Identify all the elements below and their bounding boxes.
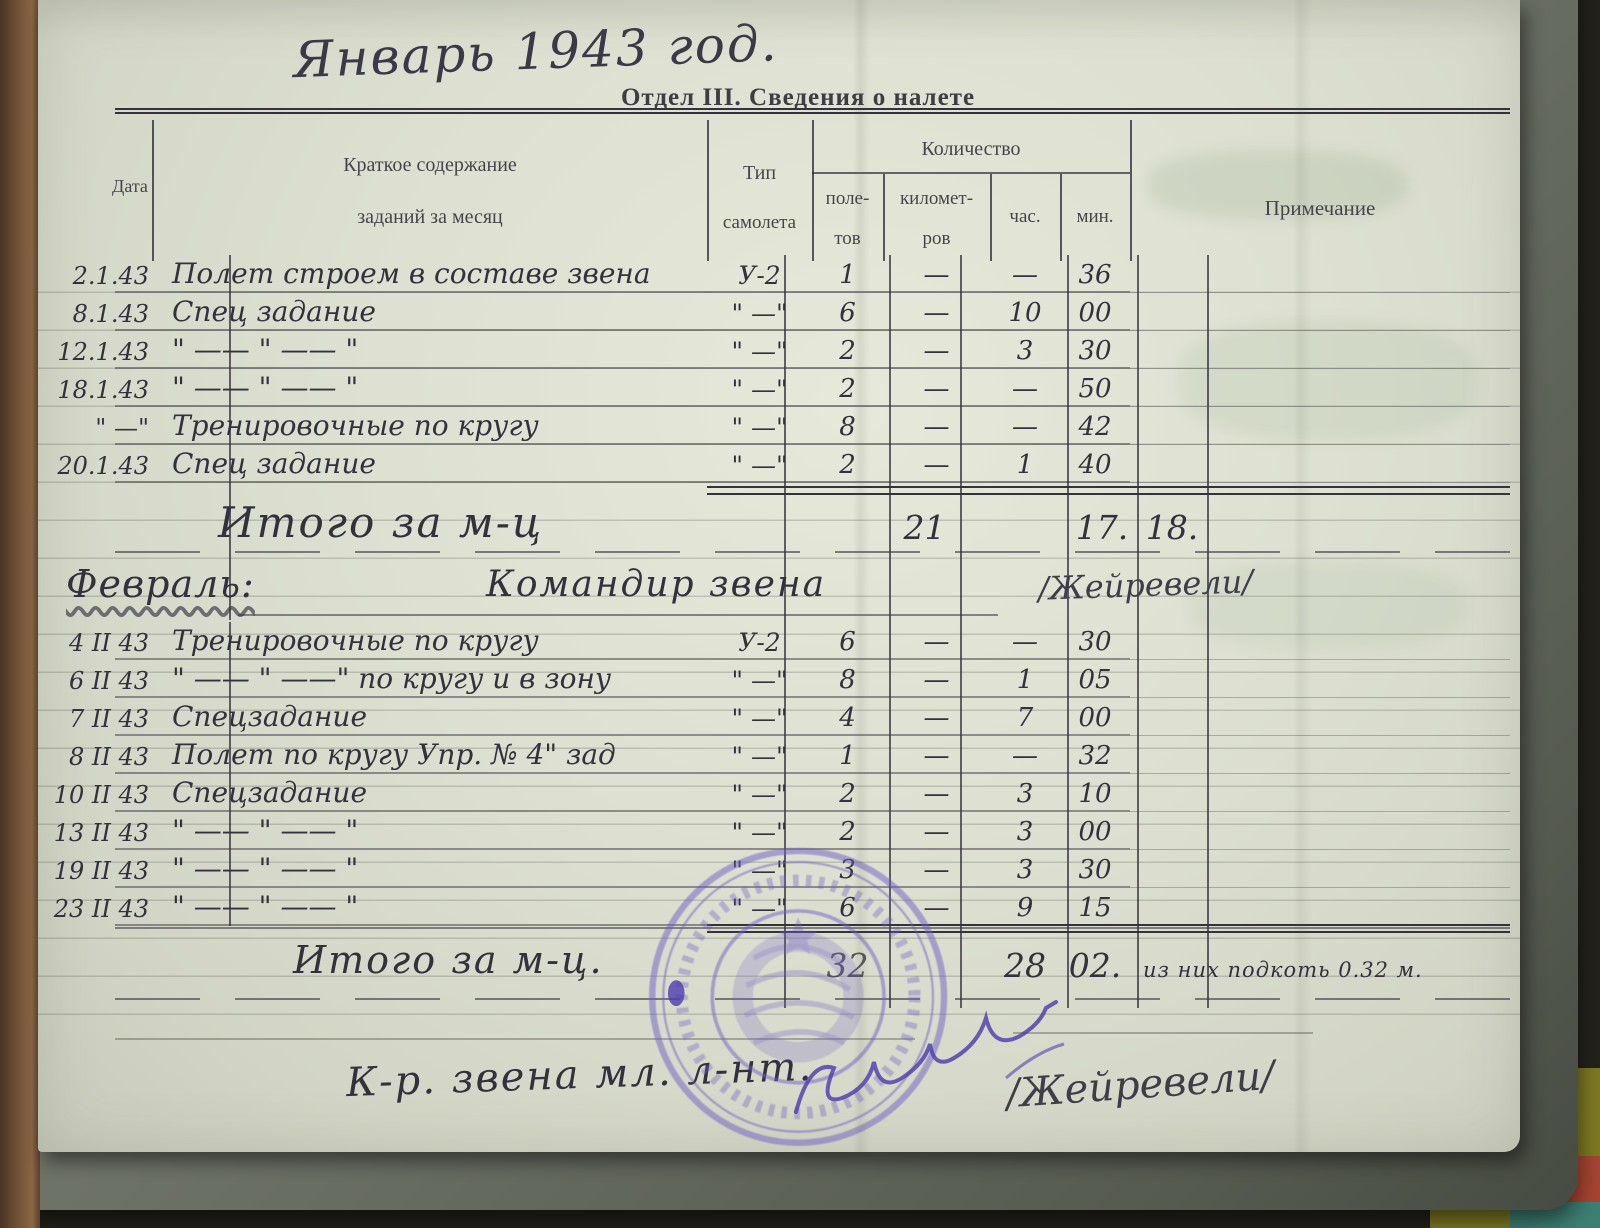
cell-minutes: 15 — [1060, 888, 1130, 926]
cell-note — [1130, 293, 1510, 331]
cell-date: 8.1.43 — [115, 293, 152, 331]
cell-minutes: 42 — [1060, 407, 1130, 445]
cell-task-description: " —— " —— " — [152, 812, 707, 850]
header-type-2: самолета — [707, 212, 812, 234]
logbook-spine-pages-edge — [0, 0, 40, 1228]
february-total-note: из них подкоть 0.32 м. — [1143, 958, 1423, 982]
cell-task-description: " —— " —— " — [152, 331, 707, 369]
quantity-underline — [812, 172, 1130, 174]
cell-note — [1130, 850, 1510, 888]
heavy-rule — [707, 486, 1510, 495]
cell-note — [1130, 660, 1510, 698]
cell-aircraft-type: " —" — [707, 850, 812, 888]
january-total-hours: 17. — [1067, 508, 1137, 547]
cell-hours: — — [990, 622, 1060, 660]
header-flights-2: тов — [812, 228, 883, 250]
cell-flights-count: 4 — [812, 698, 883, 736]
table-row: 19 II 43 " —— " —— " " —" 3 — 3 30 — [115, 850, 1510, 888]
cell-aircraft-type: " —" — [707, 369, 812, 407]
february-total-hours: 28 — [990, 946, 1060, 985]
cell-note — [1130, 331, 1510, 369]
table-row: 8.1.43 Спец задание " —" 6 — 10 00 — [115, 293, 1510, 331]
cell-flights-count: 2 — [812, 369, 883, 407]
cell-note — [1130, 812, 1510, 850]
cell-task-description: Спецзадание — [152, 698, 707, 736]
unit-commander-rank-label: К-р. звена мл. л-нт. — [345, 1044, 814, 1106]
cell-minutes: 10 — [1060, 774, 1130, 812]
cell-note — [1130, 698, 1510, 736]
cell-minutes: 36 — [1060, 255, 1130, 293]
footer-line — [115, 1038, 915, 1040]
cell-hours: — — [990, 407, 1060, 445]
cell-hours: 3 — [990, 331, 1060, 369]
cell-flights-count: 1 — [812, 255, 883, 293]
cell-aircraft-type: У-2 — [707, 622, 812, 660]
february-total-label: Итого за м-ц. — [293, 938, 604, 982]
logbook-page: Январь 1943 год. Отдел III. Сведения о н… — [38, 0, 1520, 1152]
cell-flights-count: 6 — [812, 622, 883, 660]
header-gridline — [1130, 120, 1132, 261]
cell-minutes: 00 — [1060, 698, 1130, 736]
cell-kilometers: — — [883, 369, 990, 407]
january-total-label: Итого за м-ц — [218, 498, 543, 547]
cell-date: 8 II 43 — [115, 736, 152, 774]
cell-date: " —" — [115, 407, 152, 445]
cell-note — [1130, 736, 1510, 774]
cell-hours: 10 — [990, 293, 1060, 331]
table-row: 7 II 43 Спецзадание " —" 4 — 7 00 — [115, 698, 1510, 736]
cell-hours: 3 — [990, 774, 1060, 812]
cell-aircraft-type: " —" — [707, 331, 812, 369]
cell-minutes: 00 — [1060, 812, 1130, 850]
cell-task-description: Полет по кругу Упр. № 4" зад — [152, 736, 707, 774]
header-content-2: заданий за месяц — [235, 206, 625, 229]
header-minutes: мин. — [1060, 206, 1130, 228]
header-type-1: Тип — [707, 162, 812, 185]
header-date: Дата — [105, 176, 155, 197]
header-km-2: ров — [883, 228, 990, 250]
february-total-minutes: 02. — [1060, 946, 1130, 985]
cell-note — [1130, 407, 1510, 445]
january-total-flights: 21 — [889, 508, 960, 547]
table-row: 10 II 43 Спецзадание " —" 2 — 3 10 — [115, 774, 1510, 812]
header-gridline — [707, 120, 709, 261]
cell-note — [1130, 774, 1510, 812]
cell-kilometers: — — [883, 660, 990, 698]
cell-task-description: Спецзадание — [152, 774, 707, 812]
cell-flights-count: 2 — [812, 774, 883, 812]
cell-flights-count: 6 — [812, 888, 883, 926]
cell-hours: 1 — [990, 445, 1060, 483]
cell-date: 2.1.43 — [115, 255, 152, 293]
cell-hours: — — [990, 255, 1060, 293]
header-gridline — [812, 120, 814, 261]
table-row: 6 II 43 " —— " ——" по кругу и в зону " —… — [115, 660, 1510, 698]
header-hours: час. — [990, 206, 1060, 228]
cell-kilometers: — — [883, 888, 990, 926]
cell-hours: 9 — [990, 888, 1060, 926]
cell-aircraft-type: " —" — [707, 293, 812, 331]
cell-aircraft-type: " —" — [707, 660, 812, 698]
cell-kilometers: — — [883, 698, 990, 736]
cell-date: 7 II 43 — [115, 698, 152, 736]
cell-kilometers: — — [883, 445, 990, 483]
footer-line — [1013, 1032, 1313, 1034]
cell-task-description: Спец задание — [152, 293, 707, 331]
cell-kilometers: — — [883, 407, 990, 445]
cell-task-description: Тренировочные по кругу — [152, 407, 707, 445]
cell-task-description: Полет строем в составе звена — [152, 255, 707, 293]
cell-aircraft-type: " —" — [707, 888, 812, 926]
january-rows: 2.1.43 Полет строем в составе звена У-2 … — [115, 255, 1510, 483]
cell-kilometers: — — [883, 293, 990, 331]
cell-aircraft-type: " —" — [707, 445, 812, 483]
heading-underline — [238, 614, 998, 616]
cell-date: 4 II 43 — [115, 622, 152, 660]
cell-kilometers: — — [883, 255, 990, 293]
cell-minutes: 05 — [1060, 660, 1130, 698]
thin-rule — [115, 927, 1510, 929]
flight-commander-label: Командир звена — [486, 564, 826, 605]
cell-flights-count: 2 — [812, 331, 883, 369]
cell-date: 19 II 43 — [115, 850, 152, 888]
cell-hours: — — [990, 369, 1060, 407]
cell-note — [1130, 255, 1510, 293]
total-underline — [115, 551, 1510, 553]
cell-aircraft-type: " —" — [707, 774, 812, 812]
cell-date: 13 II 43 — [115, 812, 152, 850]
cell-kilometers: — — [883, 331, 990, 369]
cell-note — [1130, 445, 1510, 483]
cell-kilometers: — — [883, 812, 990, 850]
cell-minutes: 30 — [1060, 331, 1130, 369]
header-gridline — [883, 174, 885, 261]
cell-minutes: 32 — [1060, 736, 1130, 774]
cell-task-description: Спец задание — [152, 445, 707, 483]
commander-signature-name: /Жейревели/ — [1005, 1053, 1276, 1118]
february-heading: Февраль: — [66, 562, 255, 606]
cell-hours: 3 — [990, 850, 1060, 888]
cell-hours: 7 — [990, 698, 1060, 736]
cell-aircraft-type: " —" — [707, 698, 812, 736]
header-note: Примечание — [1130, 196, 1510, 221]
cell-minutes: 00 — [1060, 293, 1130, 331]
cell-date: 12.1.43 — [115, 331, 152, 369]
total-underline — [115, 998, 1510, 1000]
february-rows: 4 II 43 Тренировочные по кругу У-2 6 — —… — [115, 622, 1510, 926]
cell-date: 20.1.43 — [115, 445, 152, 483]
table-row: 12.1.43 " —— " —— " " —" 2 — 3 30 — [115, 331, 1510, 369]
table-row: 4 II 43 Тренировочные по кругу У-2 6 — —… — [115, 622, 1510, 660]
table-header: Дата Краткое содержание заданий за месяц… — [115, 108, 1510, 261]
cell-kilometers: — — [883, 850, 990, 888]
cell-date: 10 II 43 — [115, 774, 152, 812]
january-total-minutes: 18. — [1137, 508, 1207, 547]
header-gridline — [990, 174, 992, 261]
cell-flights-count: 2 — [812, 445, 883, 483]
cell-hours: 3 — [990, 812, 1060, 850]
header-km-1: километ- — [883, 188, 990, 210]
cell-kilometers: — — [883, 736, 990, 774]
cell-aircraft-type: " —" — [707, 407, 812, 445]
table-row: 8 II 43 Полет по кругу Упр. № 4" зад " —… — [115, 736, 1510, 774]
table-row: 20.1.43 Спец задание " —" 2 — 1 40 — [115, 445, 1510, 483]
cell-minutes: 50 — [1060, 369, 1130, 407]
table-row: 18.1.43 " —— " —— " " —" 2 — — 50 — [115, 369, 1510, 407]
header-content-1: Краткое содержание — [235, 154, 625, 177]
table-row: 23 II 43 " —— " —— " " —" 6 — 9 15 — [115, 888, 1510, 926]
cell-task-description: Тренировочные по кругу — [152, 622, 707, 660]
page-title-handwritten: Январь 1943 год. — [292, 13, 814, 89]
cell-kilometers: — — [883, 774, 990, 812]
cell-hours: 1 — [990, 660, 1060, 698]
table-row: 2.1.43 Полет строем в составе звена У-2 … — [115, 255, 1510, 293]
ink-blot — [668, 980, 685, 1006]
cell-aircraft-type: У-2 — [707, 255, 812, 293]
cell-flights-count: 8 — [812, 407, 883, 445]
cell-note — [1130, 622, 1510, 660]
cell-date: 6 II 43 — [115, 660, 152, 698]
header-gridline — [1060, 174, 1062, 261]
cell-minutes: 40 — [1060, 445, 1130, 483]
cell-note — [1130, 888, 1510, 926]
cell-aircraft-type: " —" — [707, 736, 812, 774]
commander-signature-name: /Жейревели/ — [1037, 562, 1253, 607]
cell-date: 23 II 43 — [115, 888, 152, 926]
cell-task-description: " —— " ——" по кругу и в зону — [152, 660, 707, 698]
cell-hours: — — [990, 736, 1060, 774]
header-flights-1: поле- — [812, 188, 883, 210]
header-gridline — [152, 120, 154, 261]
cell-task-description: " —— " —— " — [152, 850, 707, 888]
header-quantity: Количество — [812, 138, 1130, 161]
table-row: 13 II 43 " —— " —— " " —" 2 — 3 00 — [115, 812, 1510, 850]
cell-kilometers: — — [883, 622, 990, 660]
cell-flights-count: 6 — [812, 293, 883, 331]
cell-flights-count: 1 — [812, 736, 883, 774]
photo-of-flight-logbook: { "page": { "title": "Январь 1943 год.",… — [0, 0, 1600, 1228]
cell-minutes: 30 — [1060, 850, 1130, 888]
cell-aircraft-type: " —" — [707, 812, 812, 850]
cell-task-description: " —— " —— " — [152, 369, 707, 407]
cell-flights-count: 3 — [812, 850, 883, 888]
cell-flights-count: 2 — [812, 812, 883, 850]
cell-date: 18.1.43 — [115, 369, 152, 407]
table-row: " —" Тренировочные по кругу " —" 8 — — 4… — [115, 407, 1510, 445]
february-total-flights: 32 — [812, 946, 883, 985]
cell-minutes: 30 — [1060, 622, 1130, 660]
cell-task-description: " —— " —— " — [152, 888, 707, 926]
cell-note — [1130, 369, 1510, 407]
cell-flights-count: 8 — [812, 660, 883, 698]
